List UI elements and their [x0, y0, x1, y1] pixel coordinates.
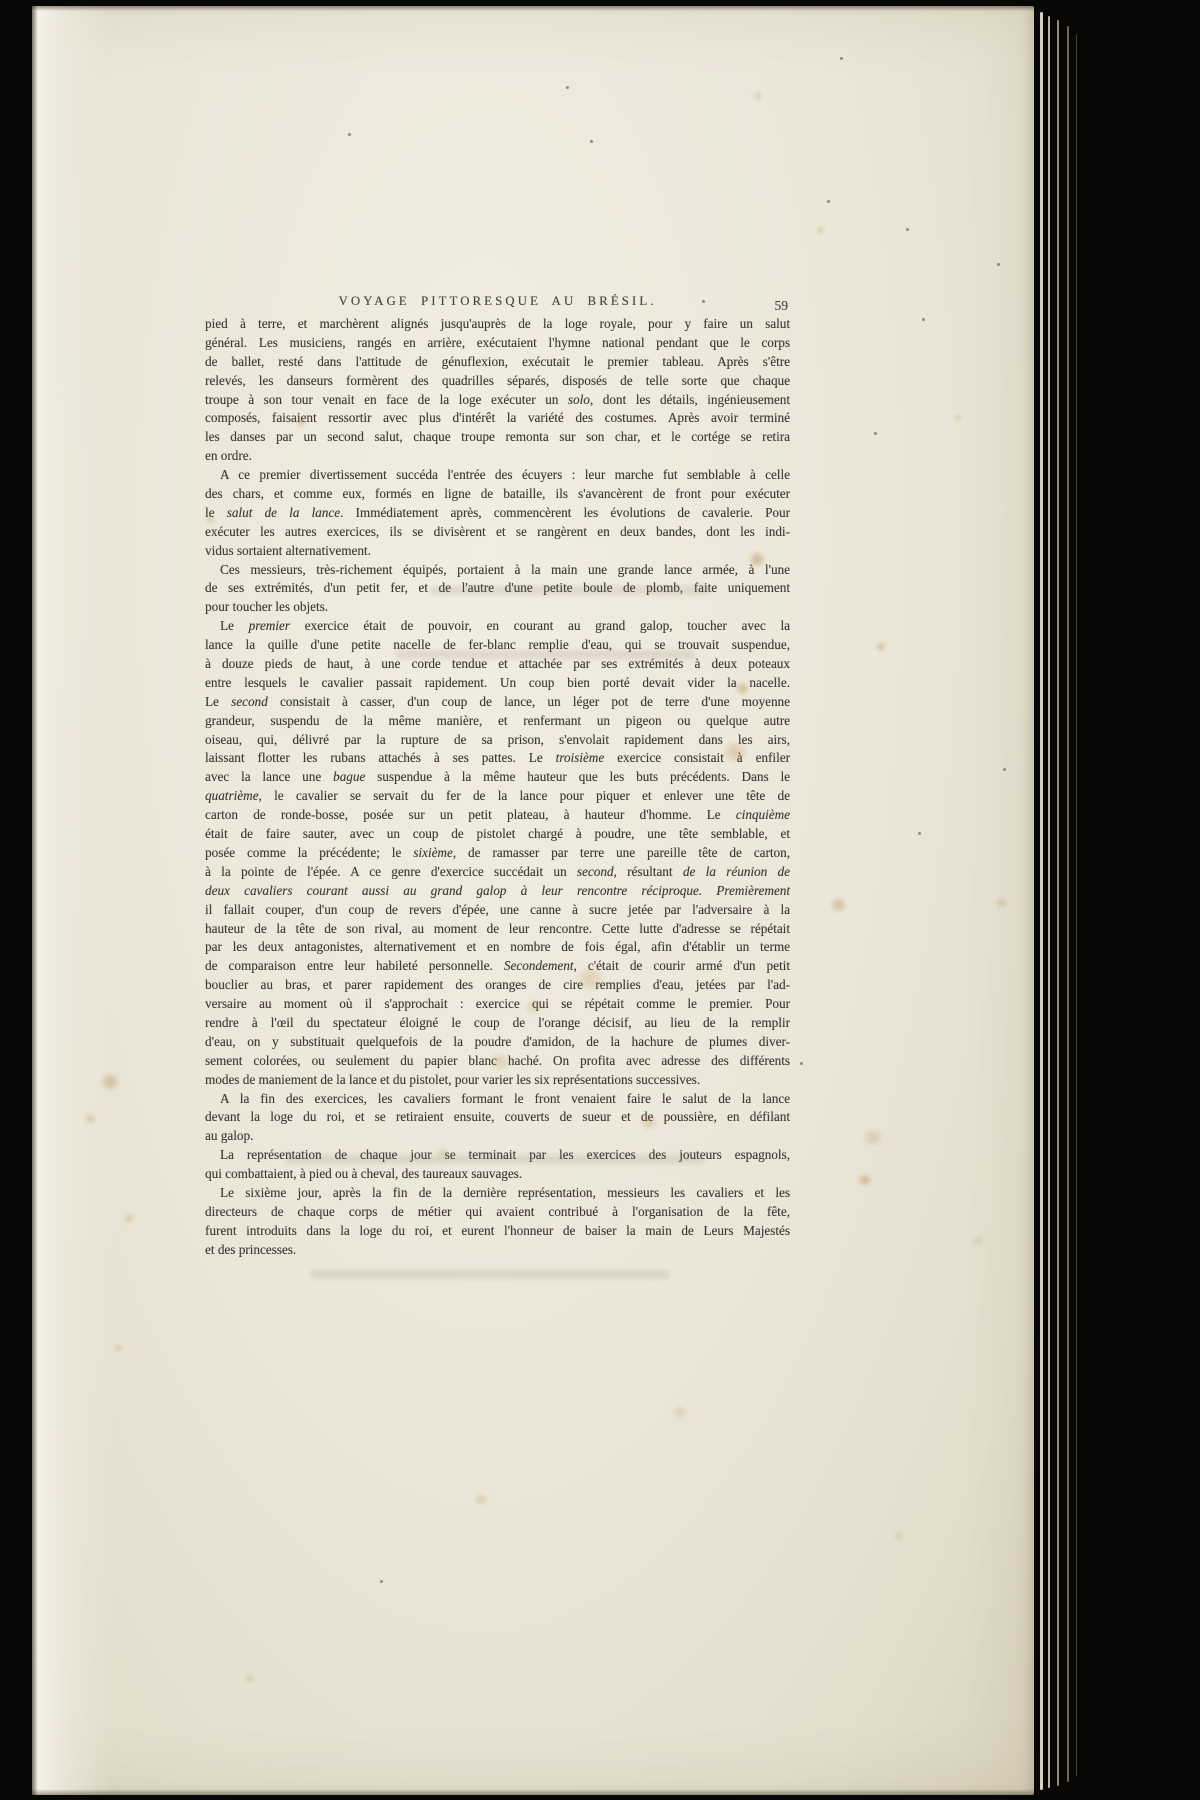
text-line: de ballet, resté dans l'attitude de génu…	[205, 353, 790, 372]
stain	[204, 514, 216, 524]
text-line: en ordre.	[205, 447, 790, 466]
text-line: hauteur de la tête de son rival, au mome…	[205, 920, 790, 939]
speck	[840, 57, 843, 60]
text-line: entre lesquels le cavalier passait rapid…	[205, 674, 790, 693]
stain	[296, 418, 306, 427]
text-line: furent introduits dans la loge du roi, e…	[205, 1222, 790, 1241]
text-line: Ces messieurs, très-richement équipés, p…	[205, 561, 790, 580]
text-line: deux cavaliers courant aussi au grand ga…	[205, 882, 790, 901]
stain	[640, 1116, 658, 1129]
text-line: de comparaison entre leur habileté perso…	[205, 957, 790, 976]
text-line: était de faire sauter, avec un coup de p…	[205, 825, 790, 844]
stain	[524, 1000, 544, 1014]
stain	[84, 1114, 96, 1124]
page-edge-line	[1048, 16, 1050, 1788]
speck	[906, 228, 909, 231]
text-line: versaire au moment où il s'approchait : …	[205, 995, 790, 1014]
page-edge-line	[1067, 26, 1069, 1782]
text-line: posée comme la précédente; le sixième, d…	[205, 844, 790, 863]
speck	[702, 300, 705, 303]
text-line: par les deux antagonistes, alternativeme…	[205, 938, 790, 957]
text-line: au galop.	[205, 1127, 790, 1146]
text-line: rendre à l'œil du spectateur éloigné le …	[205, 1014, 790, 1033]
speck	[348, 133, 351, 136]
text-line: modes de maniement de la lance et du pis…	[205, 1071, 790, 1090]
text-line: des chars, et comme eux, formés en ligne…	[205, 485, 790, 504]
ghost-smudge	[430, 586, 710, 595]
text-line: il fallait couper, d'un coup de revers d…	[205, 901, 790, 920]
stain	[574, 968, 606, 990]
stain	[100, 1074, 120, 1090]
page-number: 59	[775, 298, 789, 314]
text-line: troupe à son tour venait en face de la l…	[205, 391, 790, 410]
text-line: grandeur, suspendu de la même manière, e…	[205, 712, 790, 731]
page-edge-line	[1040, 12, 1043, 1790]
text-line: relevés, les danseurs formèrent des quad…	[205, 372, 790, 391]
ghost-smudge	[285, 1155, 705, 1164]
text-line: oiseau, qui, délivré par la rupture de s…	[205, 731, 790, 750]
text-line: carton de ronde-bosse, posée sur un peti…	[205, 806, 790, 825]
ghost-smudge	[310, 1270, 670, 1279]
speck	[997, 263, 1000, 266]
scan-background: VOYAGE PITTORESQUE AU BRÉSIL. 59 pied à …	[0, 0, 1200, 1800]
text-line: le salut de la lance. Immédiatement aprè…	[205, 504, 790, 523]
stain	[858, 1174, 872, 1186]
text-line: Le premier exercice était de pouvoir, en…	[205, 617, 790, 636]
text-line: Le second consistait à casser, d'un coup…	[205, 693, 790, 712]
stain	[672, 1406, 688, 1418]
stain	[748, 552, 766, 567]
stain	[244, 1674, 255, 1683]
book-page: VOYAGE PITTORESQUE AU BRÉSIL. 59 pied à …	[32, 6, 1034, 1795]
stain	[830, 898, 847, 912]
text-line: à la pointe de l'épée. A ce genre d'exer…	[205, 863, 790, 882]
text-line: laissant flotter les rubans attachés à s…	[205, 749, 790, 768]
text-line: composés, faisaient ressortir avec plus …	[205, 409, 790, 428]
speck	[800, 1062, 803, 1065]
stain	[816, 226, 825, 234]
speck	[922, 318, 925, 321]
stain	[735, 682, 750, 695]
text-line: pour toucher les objets.	[205, 598, 790, 617]
speck	[380, 1580, 383, 1583]
stain	[954, 414, 962, 421]
speck	[827, 200, 830, 203]
speck	[590, 140, 593, 143]
speck	[918, 832, 921, 835]
text-line: et des princesses.	[205, 1241, 790, 1260]
text-line: vidus sortaient alternativement.	[205, 542, 790, 561]
page-bottom-edge	[32, 1789, 1034, 1795]
page-header: VOYAGE PITTORESQUE AU BRÉSIL. 59	[205, 294, 790, 314]
speck	[874, 432, 877, 435]
stain	[894, 1532, 903, 1540]
gutter-shadow	[32, 6, 112, 1795]
text-line: qui combattaient, à pied ou à cheval, de…	[205, 1165, 790, 1184]
text-line: quatrième, le cavalier se servait du fer…	[205, 787, 790, 806]
text-line: devant la loge du roi, et se retiraient …	[205, 1108, 790, 1127]
stain	[996, 898, 1007, 908]
text-line: exécuter les autres exercices, ils se di…	[205, 523, 790, 542]
text-line: A la fin des exercices, les cavaliers fo…	[205, 1090, 790, 1109]
stain	[474, 1494, 488, 1505]
text-block: pied à terre, et marchèrent alignés jusq…	[205, 315, 790, 1260]
stain	[754, 92, 763, 100]
stain	[722, 742, 748, 762]
text-line: général. Les musiciens, rangés en arrièr…	[205, 334, 790, 353]
ghost-smudge	[395, 650, 695, 659]
stain	[876, 642, 886, 651]
text-line: d'eau, on y substituait quelquefois de l…	[205, 1033, 790, 1052]
page-edge-line	[1076, 34, 1077, 1776]
page-top-edge	[32, 6, 1034, 11]
stain	[488, 1054, 512, 1070]
text-line: directeurs de chaque corps de métier qui…	[205, 1203, 790, 1222]
speck	[1003, 768, 1006, 771]
text-line: pied à terre, et marchèrent alignés jusq…	[205, 315, 790, 334]
page-edge-line	[1057, 20, 1059, 1786]
text-line: les danses par un second salut, chaque t…	[205, 428, 790, 447]
text-line: avec la lance une bague suspendue à la m…	[205, 768, 790, 787]
stain	[972, 1236, 985, 1246]
speck	[566, 86, 569, 89]
text-line: Le sixième jour, après la fin de la dern…	[205, 1184, 790, 1203]
stain	[114, 1344, 123, 1352]
stain	[124, 1214, 134, 1223]
text-line: A ce premier divertissement succéda l'en…	[205, 466, 790, 485]
text-line: bouclier au bras, et parer rapidement de…	[205, 976, 790, 995]
stain	[862, 1130, 884, 1145]
